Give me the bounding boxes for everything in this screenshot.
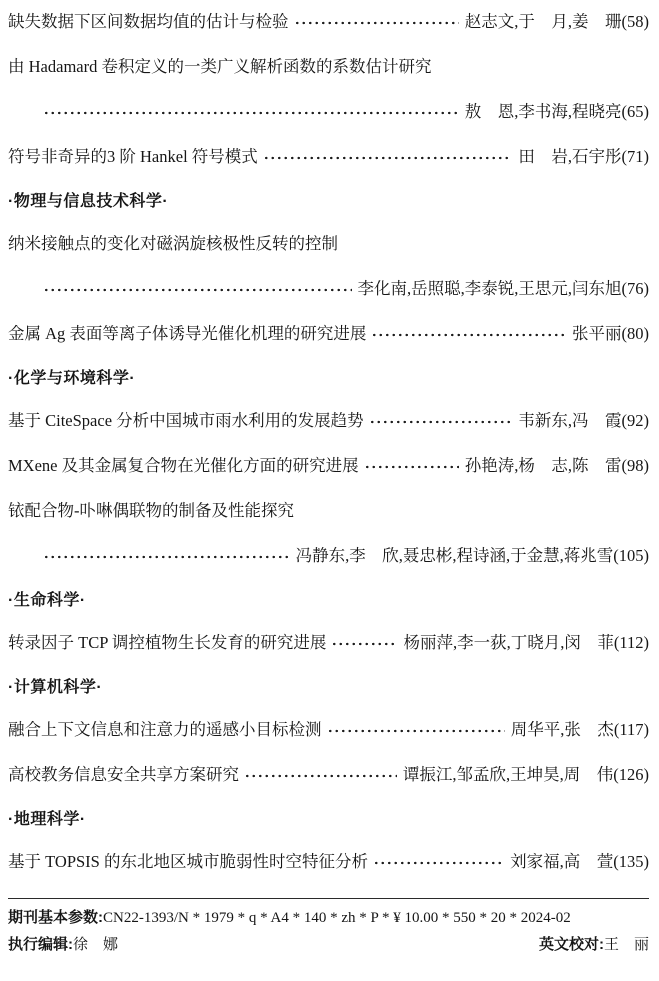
article-title: 纳米接触点的变化对磁涡旋核极性反转的控制 bbox=[8, 234, 338, 254]
article-authors-page: 田 岩,石宇彤(71) bbox=[518, 147, 649, 167]
toc-row: 金属 Ag 表面等离子体诱导光催化机理的研究进展张平丽(80) bbox=[8, 324, 649, 344]
executive-editor-label: 执行编辑: bbox=[8, 936, 73, 953]
toc-row: 基于 CiteSpace 分析中国城市雨水利用的发展趋势韦新东,冯 霞(92) bbox=[8, 411, 649, 431]
toc-row: 符号非奇异的3 阶 Hankel 符号模式田 岩,石宇彤(71) bbox=[8, 147, 649, 167]
article-title: 基于 CiteSpace 分析中国城市雨水利用的发展趋势 bbox=[8, 411, 364, 431]
article-title: 铱配合物-卟啉偶联物的制备及性能探究 bbox=[8, 501, 294, 521]
toc-row: 冯静东,李 欣,聂忠彬,程诗涵,于金慧,蒋兆雪(105) bbox=[8, 546, 649, 566]
article-title: 缺失数据下区间数据均值的估计与检验 bbox=[8, 12, 289, 32]
section-header: ·地理科学· bbox=[8, 810, 649, 830]
executive-editor-value: 徐 娜 bbox=[73, 937, 118, 953]
section-header: ·物理与信息技术科学· bbox=[8, 192, 649, 212]
toc-list: 缺失数据下区间数据均值的估计与检验赵志文,于 月,姜 珊(58)由 Hadama… bbox=[8, 12, 649, 872]
article-authors-page: 谭振江,邹孟欣,王坤昊,周 伟(126) bbox=[403, 765, 649, 785]
toc-row: 基于 TOPSIS 的东北地区城市脆弱性时空特征分析刘家福,高 萱(135) bbox=[8, 852, 649, 872]
article-authors-page: 杨丽萍,李一荻,丁晓月,闵 菲(112) bbox=[403, 633, 649, 653]
article-title: 由 Hadamard 卷积定义的一类广义解析函数的系数估计研究 bbox=[8, 57, 431, 77]
dot-leader bbox=[373, 852, 504, 872]
toc-row: 李化南,岳照聪,李泰锐,王思元,闫东旭(76) bbox=[8, 279, 649, 299]
dot-leader bbox=[43, 546, 290, 566]
section-title: ·物理与信息技术科学· bbox=[8, 192, 168, 212]
toc-row: 纳米接触点的变化对磁涡旋核极性反转的控制 bbox=[8, 234, 649, 254]
toc-row: 高校教务信息安全共享方案研究谭振江,邹孟欣,王坤昊,周 伟(126) bbox=[8, 765, 649, 785]
article-authors-page: 敖 恩,李书海,程晓亮(65) bbox=[465, 102, 649, 122]
dot-leader bbox=[364, 456, 459, 476]
section-title: ·化学与环境科学· bbox=[8, 369, 135, 389]
article-authors-page: 周华平,张 杰(117) bbox=[511, 720, 649, 740]
dot-leader bbox=[294, 12, 459, 32]
journal-parameters-line: 期刊基本参数:CN22-1393/N * 1979 * q * A4 * 140… bbox=[8, 908, 649, 928]
dot-leader bbox=[244, 765, 397, 785]
article-authors-page: 赵志文,于 月,姜 珊(58) bbox=[465, 12, 649, 32]
article-title: MXene 及其金属复合物在光催化方面的研究进展 bbox=[8, 456, 359, 476]
english-proofreader-label: 英文校对: bbox=[539, 936, 604, 953]
toc-row: 缺失数据下区间数据均值的估计与检验赵志文,于 月,姜 珊(58) bbox=[8, 12, 649, 32]
dot-leader bbox=[263, 147, 513, 167]
english-proofreader: 英文校对:王 丽 bbox=[539, 935, 649, 955]
dot-leader bbox=[369, 411, 513, 431]
section-title: ·计算机科学· bbox=[8, 678, 102, 698]
article-authors-page: 冯静东,李 欣,聂忠彬,程诗涵,于金慧,蒋兆雪(105) bbox=[296, 546, 649, 566]
dot-leader bbox=[331, 633, 397, 653]
article-title: 高校教务信息安全共享方案研究 bbox=[8, 765, 239, 785]
article-authors-page: 张平丽(80) bbox=[572, 324, 649, 344]
article-title: 基于 TOPSIS 的东北地区城市脆弱性时空特征分析 bbox=[8, 852, 368, 872]
footer-divider bbox=[8, 898, 649, 899]
english-proofreader-value: 王 丽 bbox=[604, 937, 649, 953]
section-header: ·化学与环境科学· bbox=[8, 369, 649, 389]
article-title: 金属 Ag 表面等离子体诱导光催化机理的研究进展 bbox=[8, 324, 366, 344]
article-title: 融合上下文信息和注意力的遥感小目标检测 bbox=[8, 720, 322, 740]
toc-row: 转录因子 TCP 调控植物生长发育的研究进展杨丽萍,李一荻,丁晓月,闵 菲(11… bbox=[8, 633, 649, 653]
article-authors-page: 刘家福,高 萱(135) bbox=[510, 852, 649, 872]
section-header: ·计算机科学· bbox=[8, 678, 649, 698]
toc-row: 铱配合物-卟啉偶联物的制备及性能探究 bbox=[8, 501, 649, 521]
journal-parameters-label: 期刊基本参数: bbox=[8, 909, 103, 926]
dot-leader bbox=[327, 720, 505, 740]
article-authors-page: 李化南,岳照聪,李泰锐,王思元,闫东旭(76) bbox=[358, 279, 650, 299]
article-authors-page: 韦新东,冯 霞(92) bbox=[518, 411, 649, 431]
section-header: ·生命科学· bbox=[8, 591, 649, 611]
dot-leader bbox=[43, 279, 352, 299]
journal-toc-page: 缺失数据下区间数据均值的估计与检验赵志文,于 月,姜 珊(58)由 Hadama… bbox=[0, 0, 659, 981]
article-title: 转录因子 TCP 调控植物生长发育的研究进展 bbox=[8, 633, 326, 653]
article-authors-page: 孙艳涛,杨 志,陈 雷(98) bbox=[465, 456, 649, 476]
article-title: 符号非奇异的3 阶 Hankel 符号模式 bbox=[8, 147, 258, 167]
editors-line: 执行编辑:徐 娜 英文校对:王 丽 bbox=[8, 935, 649, 955]
journal-parameters-value: CN22-1393/N * 1979 * q * A4 * 140 * zh *… bbox=[103, 910, 571, 926]
toc-row: 融合上下文信息和注意力的遥感小目标检测周华平,张 杰(117) bbox=[8, 720, 649, 740]
section-title: ·地理科学· bbox=[8, 810, 86, 830]
dot-leader bbox=[43, 102, 459, 122]
dot-leader bbox=[371, 324, 566, 344]
executive-editor: 执行编辑:徐 娜 bbox=[8, 935, 118, 955]
toc-row: 敖 恩,李书海,程晓亮(65) bbox=[8, 102, 649, 122]
section-title: ·生命科学· bbox=[8, 591, 86, 611]
toc-row: MXene 及其金属复合物在光催化方面的研究进展孙艳涛,杨 志,陈 雷(98) bbox=[8, 456, 649, 476]
toc-row: 由 Hadamard 卷积定义的一类广义解析函数的系数估计研究 bbox=[8, 57, 649, 77]
